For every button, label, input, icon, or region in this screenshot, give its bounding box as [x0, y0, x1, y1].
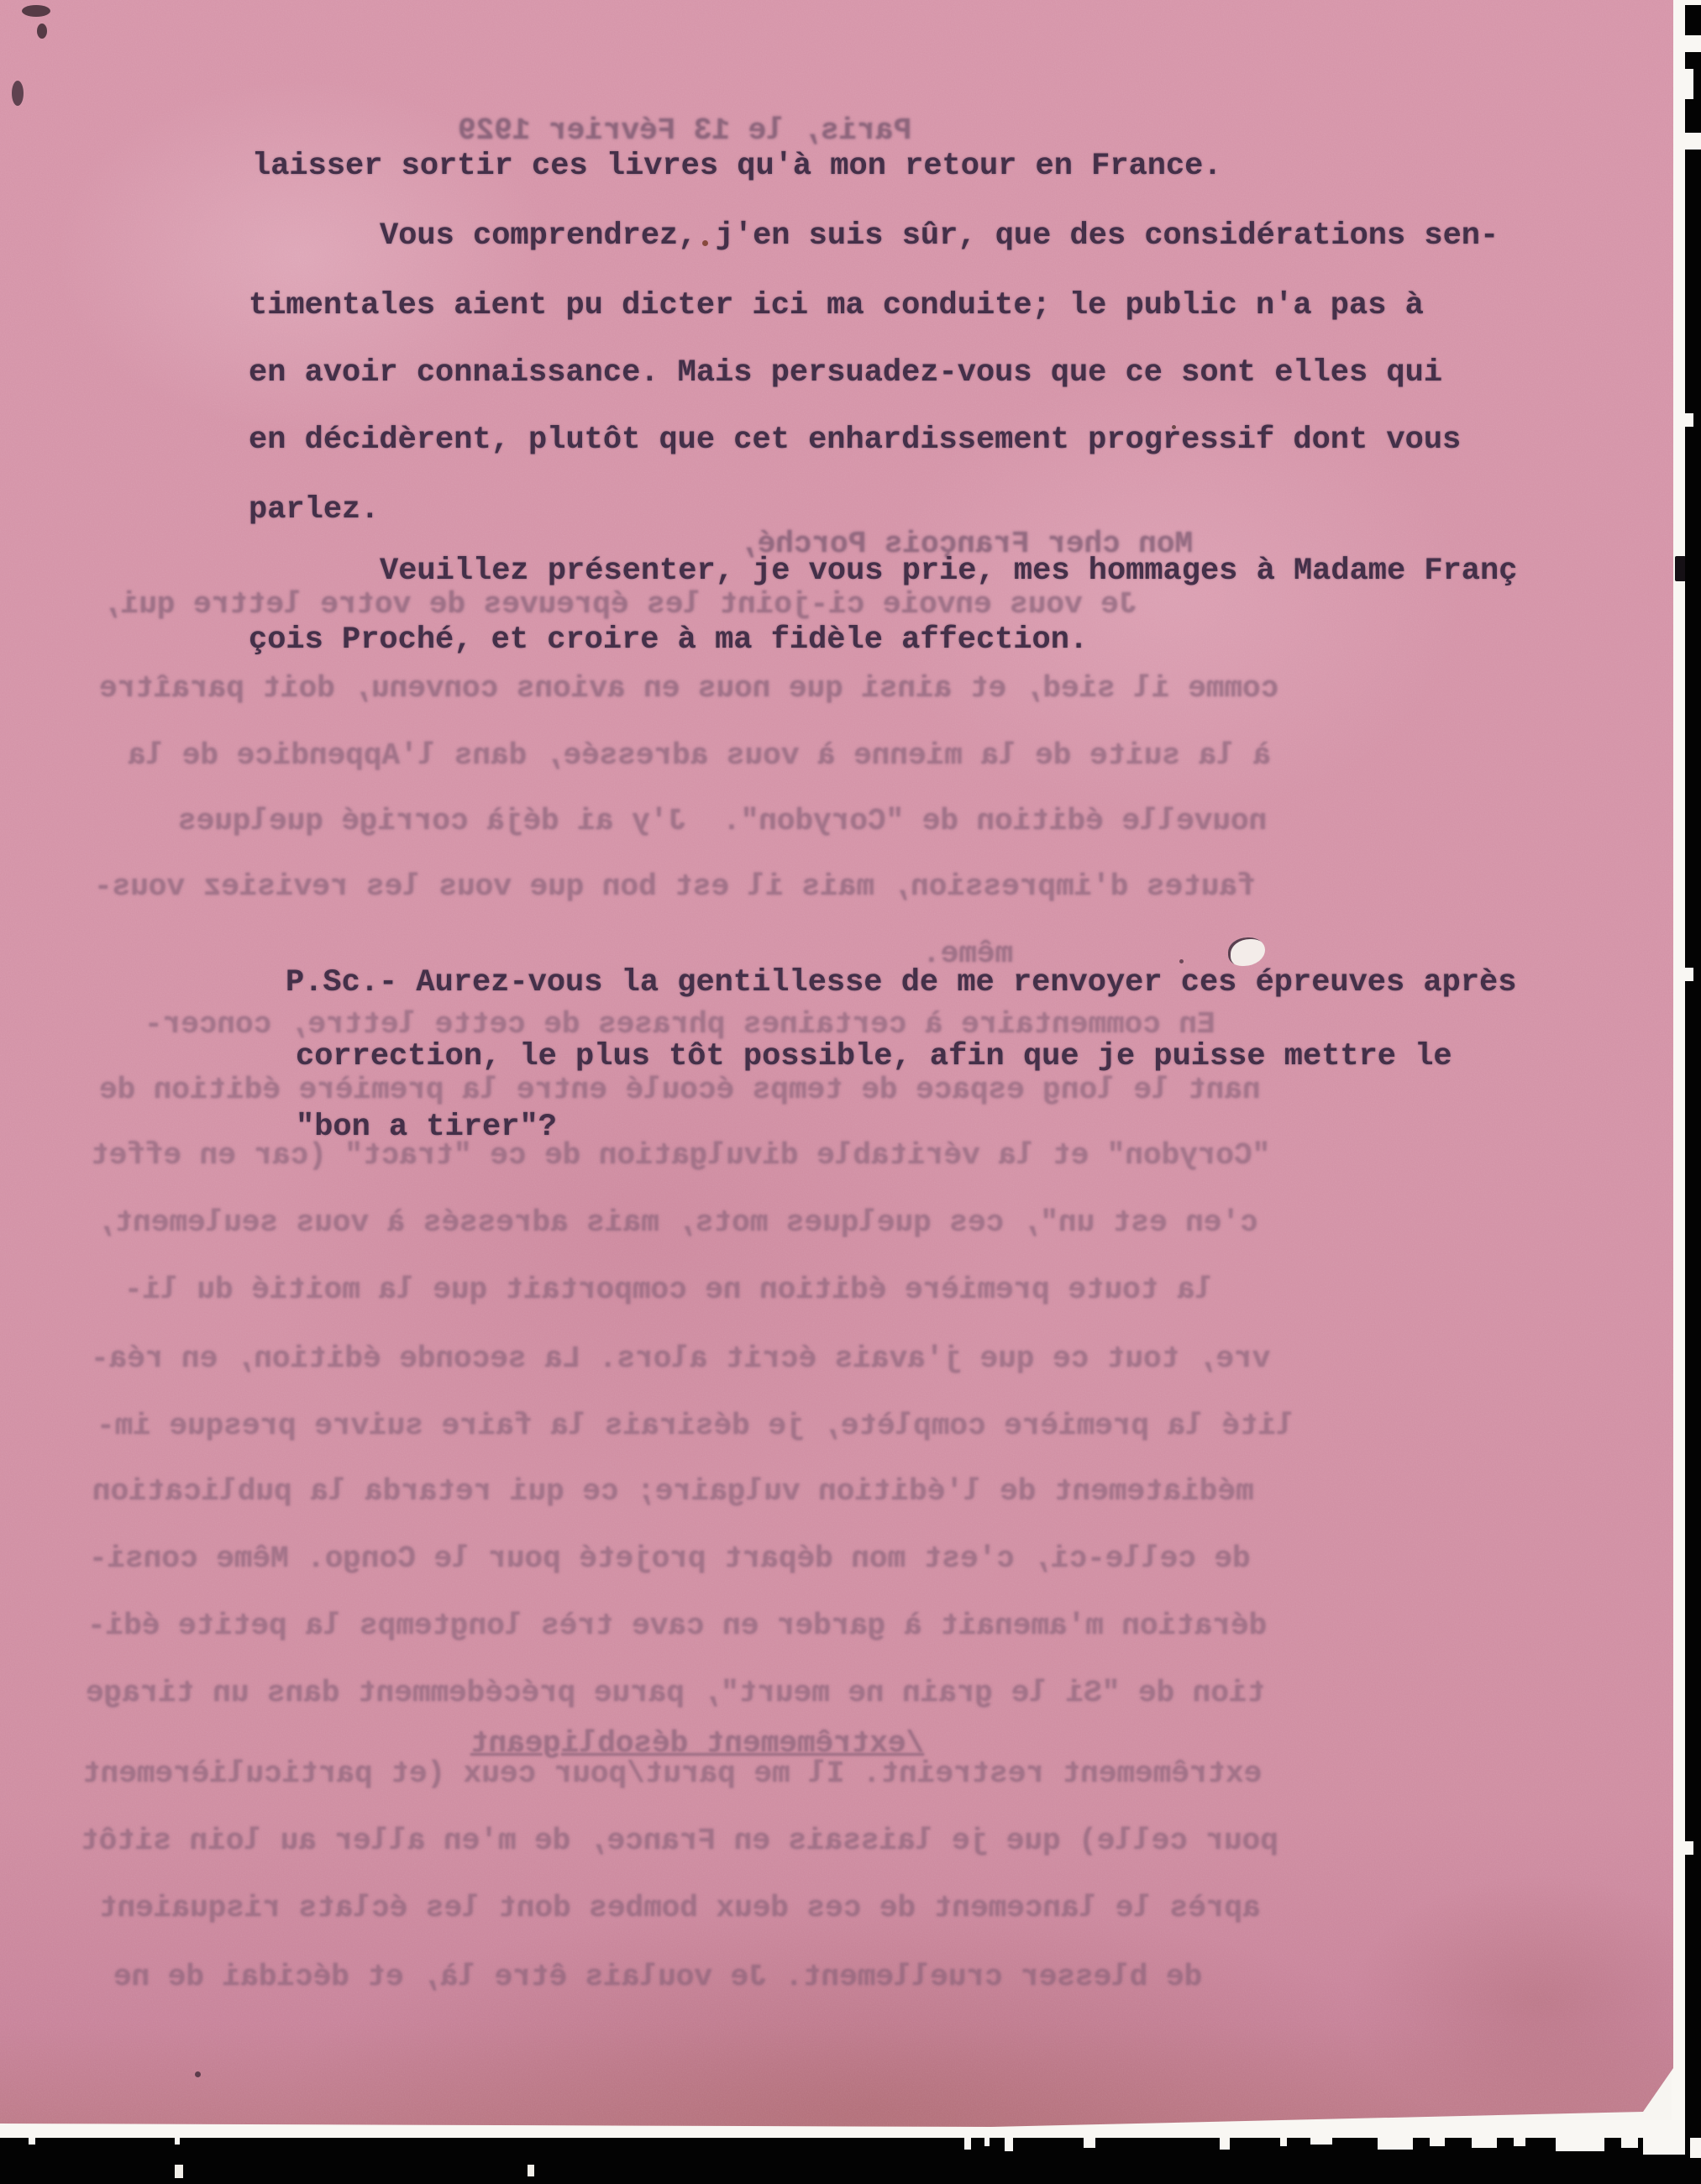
- film-edge-tick: [1472, 2138, 1497, 2148]
- letter-line-bleed: nouvelle édition de "Corydon". J'y ai dé…: [178, 806, 1267, 837]
- letter-line-bleed: extrêmement restreint. Il me parut/pour …: [82, 1759, 1262, 1789]
- film-edge-notch: [1685, 1841, 1693, 1855]
- film-edge-notch: [1685, 968, 1693, 981]
- letter-line-bleed: de celle-ci, c'est mon départ projeté po…: [89, 1544, 1251, 1574]
- film-edge-tick: [29, 2138, 35, 2145]
- letter-line-bleed: la toute première édition ne comportait …: [124, 1275, 1213, 1305]
- film-edge-notch: [1685, 133, 1701, 150]
- letter-line-typed: laisser sortir ces livres qu'à mon retou…: [252, 151, 1222, 182]
- paper-speck: [702, 240, 708, 246]
- letter-line-bleed: tion de "Si le grain ne meurt", parue pr…: [86, 1678, 1265, 1709]
- film-edge-right: [1685, 5, 1701, 2184]
- film-edge-tick: [1643, 2138, 1685, 2155]
- letter-paper: Paris, le 13 Février 1929laisser sortir …: [0, 0, 1673, 2129]
- film-edge-bottom: [0, 2138, 1701, 2184]
- film-edge-inner-mark: [528, 2165, 534, 2176]
- film-edge-notch: [1685, 69, 1693, 99]
- film-edge-tick: [1220, 2138, 1230, 2150]
- letter-line-bleed: pour celle) que je laissais en France, d…: [81, 1826, 1278, 1856]
- film-edge-tick: [1556, 2138, 1604, 2151]
- letter-line-bleed: dération m'amenait à garder en cave très…: [87, 1611, 1267, 1641]
- film-edge-tick: [1690, 2138, 1701, 2158]
- paper-speck: [195, 2071, 201, 2077]
- letter-line-typed: Veuillez présenter, je vous prie, mes ho…: [380, 556, 1517, 587]
- film-edge-tick: [1514, 2138, 1525, 2146]
- letter-line-bleed: de blesser cruellement. Je voulais être …: [113, 1962, 1202, 1992]
- film-edge-tick: [1621, 2138, 1638, 2148]
- letter-line-typed: çois Proché, et croire à ma fidèle affec…: [249, 625, 1088, 656]
- film-edge-tick: [1310, 2138, 1332, 2145]
- letter-line-typed: P.Sc.- Aurez-vous la gentillesse de me r…: [286, 968, 1516, 999]
- paper-speck: [22, 5, 50, 17]
- film-edge-tick: [964, 2138, 971, 2150]
- letter-line-bleed: comme il sied, et ainsi que nous en avio…: [99, 674, 1278, 704]
- film-edge-inner-mark: [175, 2165, 183, 2178]
- paper-speck: [37, 24, 47, 39]
- letter-line-bleed: "Corydon" et la véritable divulgation de…: [91, 1141, 1270, 1171]
- letter-line-bleed: /extrêmement désobligeant: [470, 1729, 924, 1759]
- scan-canvas: Paris, le 13 Février 1929laisser sortir …: [0, 0, 1701, 2184]
- paper-blemish: [1228, 937, 1265, 966]
- film-edge-tick: [1084, 2138, 1095, 2148]
- letter-line-bleed: Paris, le 13 Février 1929: [458, 116, 911, 146]
- letter-line-typed: timentales aient pu dicter ici ma condui…: [249, 291, 1424, 322]
- letter-line-bleed: à la suite de la mienne à vous adressée,…: [128, 741, 1271, 771]
- film-edge-tick: [175, 2138, 180, 2145]
- letter-line-typed: en décidèrent, plutôt que cet enhardisse…: [249, 425, 1461, 456]
- film-edge-notch: [1685, 413, 1693, 427]
- paper-speck: [1179, 959, 1184, 963]
- letter-line-typed: correction, le plus tôt possible, afin q…: [296, 1042, 1452, 1073]
- letter-line-bleed: lité la première complète, je désirais l…: [97, 1411, 1294, 1441]
- letter-line-bleed: En commentaire à certaines phrases de ce…: [144, 1010, 1215, 1040]
- letter-line-bleed: vre, tout ce que j'avais écrit alors. La…: [91, 1344, 1270, 1374]
- paper-speck: [12, 81, 24, 106]
- letter-line-bleed: Je vous envoie ci-joint les épreuves de …: [102, 590, 1137, 620]
- paper-speck: [1172, 425, 1176, 429]
- letter-line-bleed: fautes d'impression, mais il est bon que…: [94, 872, 1256, 902]
- letter-line-bleed: après le lancement de ces deux bombes do…: [99, 1893, 1261, 1924]
- film-edge-tick: [1430, 2138, 1445, 2146]
- film-edge-tick: [1378, 2138, 1413, 2150]
- letter-line-bleed: nant le long espace de temps écoulé entr…: [99, 1075, 1261, 1105]
- letter-line-bleed: médiatement de l'édition vulgaire; ce qu…: [92, 1477, 1254, 1507]
- film-edge-notch: [1685, 35, 1701, 52]
- film-edge-tick: [984, 2138, 990, 2146]
- letter-line-bleed: c'en est un", ces quelques mots, mais ad…: [97, 1208, 1258, 1238]
- film-edge-tick: [1005, 2138, 1013, 2151]
- film-edge-tick: [1280, 2138, 1287, 2146]
- letter-line-typed: Vous comprendrez, j'en suis sûr, que des…: [380, 221, 1499, 252]
- letter-line-typed: en avoir connaissance. Mais persuadez-vo…: [249, 358, 1442, 389]
- letter-line-typed: parlez.: [249, 495, 379, 526]
